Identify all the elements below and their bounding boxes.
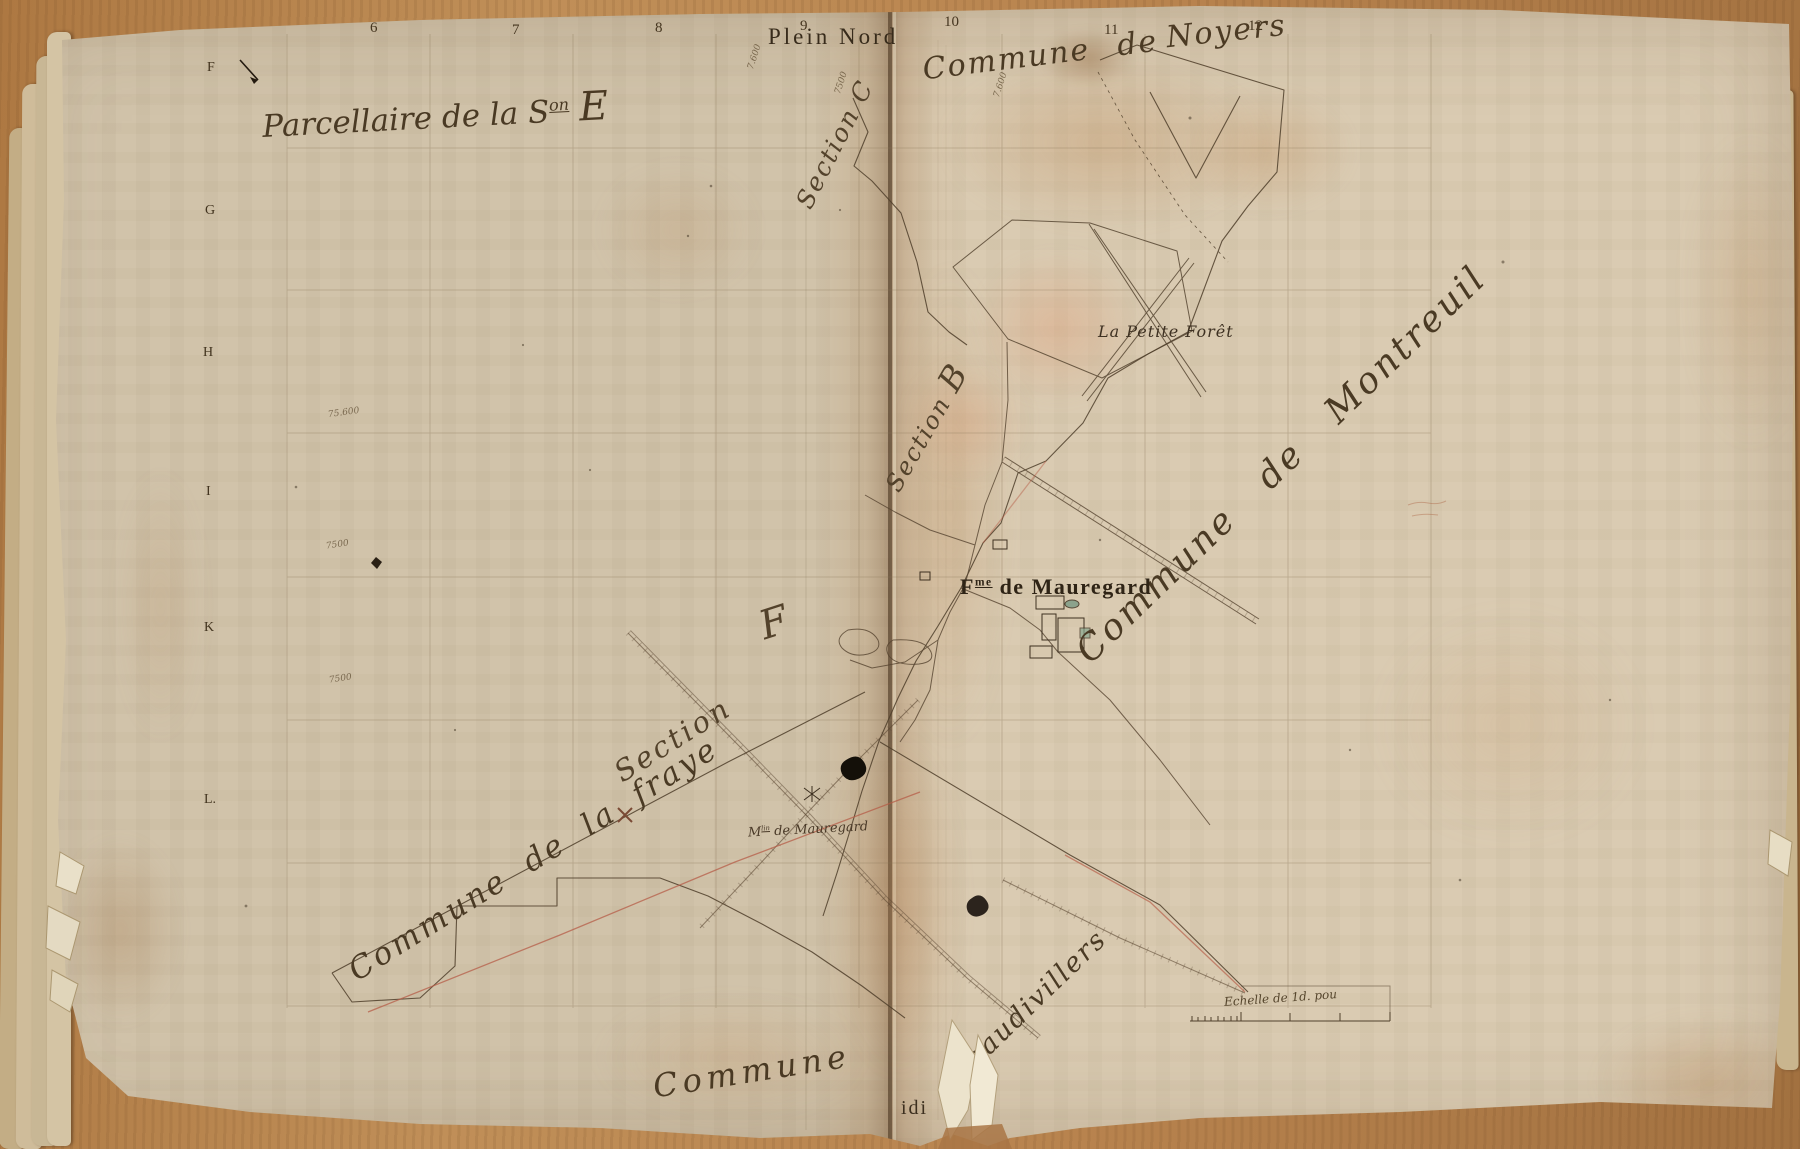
atlas-photo: Plein Nord Parcellaire de la Son E 6 7 8… <box>0 0 1800 1149</box>
right-edge-tear <box>1768 830 1792 876</box>
fold-bottom-tears <box>938 1020 1012 1149</box>
left-corner-tears <box>46 852 84 1012</box>
paper-tears-overlay <box>0 0 1800 1149</box>
